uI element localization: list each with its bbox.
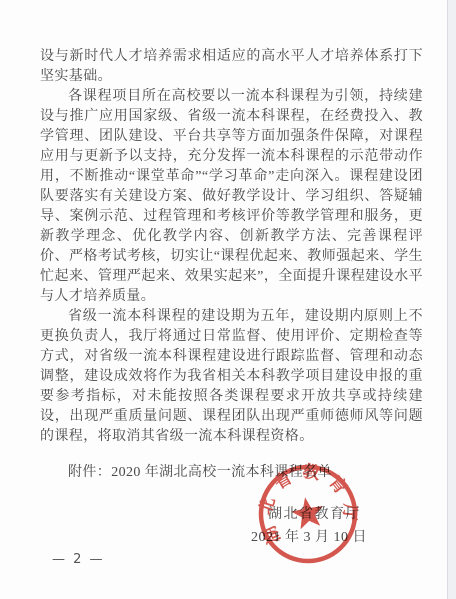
scan-page-edge [447, 0, 456, 599]
attachment-reference: 附件：2020 年湖北高校一流本科课程名单 [40, 463, 423, 483]
document-body: 设与新时代人才培养需求相适应的高水平人才培养体系打下坚实基础。 各课程项目所在高… [40, 47, 423, 483]
signature-date: 2021 年 3 月 10 日 [251, 526, 367, 546]
page-number: — 2 — [52, 552, 105, 567]
scanned-document-page: 设与新时代人才培养需求相适应的高水平人才培养体系打下坚实基础。 各课程项目所在高… [0, 0, 456, 599]
signature-issuer: 湖北省教育厅 [268, 503, 361, 523]
paragraph-continuation: 设与新时代人才培养需求相适应的高水平人才培养体系打下坚实基础。 [40, 47, 423, 87]
paragraph-course-requirements: 各课程项目所在高校要以一流本科课程为引领，持续建设与推广应用国家级、省级一流本科… [40, 87, 423, 307]
paragraph-construction-period: 省级一流本科课程的建设期为五年，建设期内原则上不更换负责人，我厅将通过日常监督、… [40, 307, 423, 447]
